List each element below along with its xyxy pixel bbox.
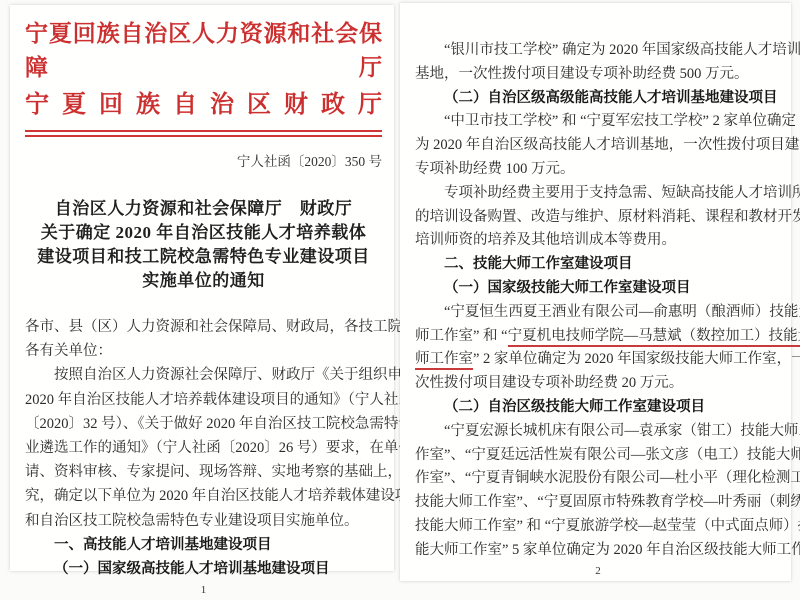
body-line: 能大师工作室” 5 家单位确定为 2020 年自治区级技能大师工作 — [415, 539, 781, 563]
body-line: 技能大师工作室”、“宁夏固原市特殊教育学校—叶秀丽（刺绣） — [415, 491, 781, 515]
agency-header-line-2: 宁夏回族自治区财政厅 — [25, 85, 382, 125]
document-title: 自治区人力资源和社会保障厅 财政厅 关于确定 2020 年自治区技能人才培养载体… — [25, 197, 382, 293]
body-line-with-underline: 师工作室” 和 “宁夏机电技师学院—马慧斌（数控加工）技能大 — [415, 325, 781, 349]
body-line: 次性拨付项目建设专项补助经费 20 万元。 — [415, 372, 781, 396]
body-line: 为 2020 年自治区级高技能人才培训基地，一次性拨付项目建设 — [415, 134, 781, 158]
title-line: 实施单位的通知 — [25, 269, 382, 293]
red-underlined-text: 师工作室 — [415, 351, 473, 370]
subsection-heading: （一）国家级技能大师工作室建设项目 — [415, 277, 781, 301]
section-heading: 二、技能大师工作室建设项目 — [415, 253, 781, 277]
body-line: “银川市技工学校” 确定为 2020 年国家级高技能人才培训 — [415, 39, 781, 63]
subsection-heading: （一）国家级高技能人才培训基地建设项目 — [25, 557, 382, 581]
section-heading: 一、高技能人才培训基地建设项目 — [25, 533, 382, 557]
document-page-1: 宁夏回族自治区人力资源和社会保障厅 宁夏回族自治区财政厅 宁人社函〔2020〕3… — [10, 5, 394, 571]
body-line: “中卫市技工学校” 和 “宁夏军宏技工学校” 2 家单位确定 — [415, 110, 781, 134]
agency-header-line-1: 宁夏回族自治区人力资源和社会保障厅 — [25, 17, 382, 85]
body-line: “宁夏宏源长城机床有限公司—袁承家（钳工）技能大师工 — [415, 420, 781, 444]
body-line: 专项补助经费主要用于支持急需、短缺高技能人才培训所需 — [415, 182, 781, 206]
body-line: 究，确定以下单位为 2020 年自治区技能人才培养载体建设项目 — [25, 484, 382, 508]
body-line: 技能大师工作室” 和 “宁夏旅游学校—赵莹莹（中式面点师）技 — [415, 515, 781, 539]
page-number: 2 — [415, 565, 781, 577]
title-line: 自治区人力资源和社会保障厅 财政厅 — [25, 197, 382, 221]
document-page-2: “银川市技工学校” 确定为 2020 年国家级高技能人才培训 基地，一次性拨付项… — [400, 3, 791, 581]
body-line: 和自治区技工院校急需特色专业建设项目实施单位。 — [25, 509, 382, 533]
body-text-segment: 师工作室” 和 “ — [415, 328, 508, 344]
body-line: 培训师资的培养及其他培训成本等费用。 — [415, 229, 781, 253]
header-red-rule — [25, 130, 382, 137]
body-line-with-underline: 师工作室” 2 家单位确定为 2020 年国家级技能大师工作室，一 — [415, 348, 781, 372]
body-line: “宁夏恒生西夏王酒业有限公司—俞惠明（酿酒师）技能大 — [415, 301, 781, 325]
subsection-heading: （二）自治区级高级能高技能人才培训基地建设项目 — [415, 87, 781, 111]
body-line: 的培训设备购置、改造与维护、原材料消耗、课程和教材开发、 — [415, 206, 781, 230]
page-number: 1 — [25, 584, 382, 596]
body-line: 2020 年自治区技能人才培养载体建设项目的通知》（宁人社函 — [25, 388, 382, 412]
page-1-body: 各市、县（区）人力资源和社会保障局、财政局，各技工院校， 各有关单位： 按照自治… — [25, 315, 382, 581]
page-2-body: “银川市技工学校” 确定为 2020 年国家级高技能人才培训 基地，一次性拨付项… — [415, 39, 781, 563]
scanned-document-canvas: 宁夏回族自治区人力资源和社会保障厅 宁夏回族自治区财政厅 宁人社函〔2020〕3… — [0, 0, 800, 600]
body-line: 作室”、“宁夏廷远活性炭有限公司—张文彦（电工）技能大师工 — [415, 444, 781, 468]
title-line: 关于确定 2020 年自治区技能人才培养载体 — [25, 221, 382, 245]
body-line: 请、资料审核、专家提问、现场答辩、实地考察的基础上，经研 — [25, 460, 382, 484]
body-line: 业遴选工作的通知》（宁人社函〔2020〕26 号）要求，在单位申 — [25, 436, 382, 460]
body-text-segment: ” 2 家单位确定为 2020 年国家级技能大师工作室，一 — [473, 351, 800, 367]
body-line: 各市、县（区）人力资源和社会保障局、财政局，各技工院校， — [25, 315, 382, 339]
red-underlined-text: 宁夏机电技师学院—马慧斌（数控加工）技能大 — [508, 328, 800, 347]
body-line: 各有关单位： — [25, 339, 382, 363]
body-line: 基地，一次性拨付项目建设专项补助经费 500 万元。 — [415, 63, 781, 87]
body-line: 专项补助经费 100 万元。 — [415, 158, 781, 182]
body-line: 作室”、“宁夏青铜峡水泥股份有限公司—杜小平（理化检测工） — [415, 467, 781, 491]
body-line: 〔2020〕32 号）、《关于做好 2020 年自治区技工院校急需特色专 — [25, 412, 382, 436]
document-reference-number: 宁人社函〔2020〕350 号 — [25, 153, 382, 171]
subsection-heading: （二）自治区级技能大师工作室建设项目 — [415, 396, 781, 420]
body-line: 按照自治区人力资源社会保障厅、财政厅《关于组织申报 — [25, 363, 382, 387]
title-line: 建设项目和技工院校急需特色专业建设项目 — [25, 245, 382, 269]
